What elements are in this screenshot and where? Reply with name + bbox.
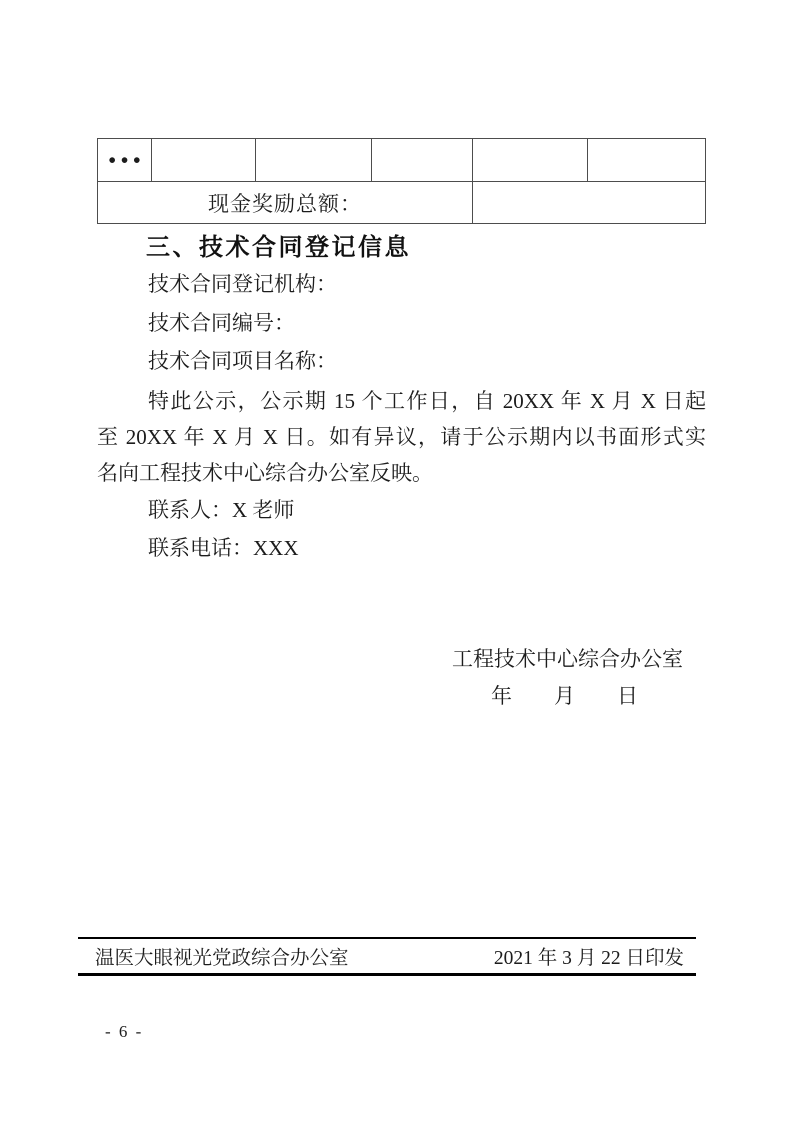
table-row-total: 现金奖励总额：	[98, 182, 706, 224]
section-heading: 三、技术合同登记信息	[146, 233, 411, 263]
page-number: - 6 -	[105, 1022, 143, 1042]
footer-issuer: 温医大眼视光党政综合办公室	[95, 942, 349, 970]
empty-cell-4	[473, 139, 588, 182]
signature-date-line: 年 月 日	[452, 678, 683, 715]
notice-paragraph: 特此公示，公示期 15 个工作日，自 20XX 年 X 月 X 日起 至 20X…	[97, 383, 706, 491]
footer-print-date: 2021 年 3 月 22 日印发	[494, 942, 684, 970]
notice-line: 至 20XX 年 X 月 X 日。如有异议，请于公示期内以书面形式实	[97, 419, 706, 455]
contact-phone-line: 联系电话：XXX	[148, 529, 299, 567]
signature-block: 工程技术中心综合办公室 年 月 日	[452, 641, 683, 715]
field-contract-number: 技术合同编号：	[148, 304, 337, 343]
contact-person-line: 联系人：X 老师	[148, 491, 299, 529]
ellipsis-cell: •••	[98, 139, 152, 182]
contact-block: 联系人：X 老师 联系电话：XXX	[148, 491, 299, 567]
table-row-ellipsis: •••	[98, 139, 706, 182]
empty-cell-3	[372, 139, 473, 182]
contract-fields: 技术合同登记机构： 技术合同编号： 技术合同项目名称：	[148, 265, 337, 381]
empty-cell-2	[256, 139, 372, 182]
document-page: ••• 现金奖励总额： 三、技术合同登记信息 技术合同登记机构： 技术合同编号：…	[0, 0, 794, 1123]
empty-cell-1	[152, 139, 256, 182]
notice-line: 特此公示，公示期 15 个工作日，自 20XX 年 X 月 X 日起	[97, 383, 706, 419]
footer-bar: 温医大眼视光党政综合办公室 2021 年 3 月 22 日印发	[78, 937, 696, 976]
field-registry-agency: 技术合同登记机构：	[148, 265, 337, 304]
field-project-name: 技术合同项目名称：	[148, 342, 337, 381]
empty-cell-5	[588, 139, 706, 182]
notice-line: 名向工程技术中心综合办公室反映。	[97, 455, 706, 491]
total-value-cell	[473, 182, 706, 224]
cash-award-table: ••• 现金奖励总额：	[97, 138, 706, 224]
signature-office: 工程技术中心综合办公室	[452, 641, 683, 678]
total-label-cell: 现金奖励总额：	[98, 182, 473, 224]
